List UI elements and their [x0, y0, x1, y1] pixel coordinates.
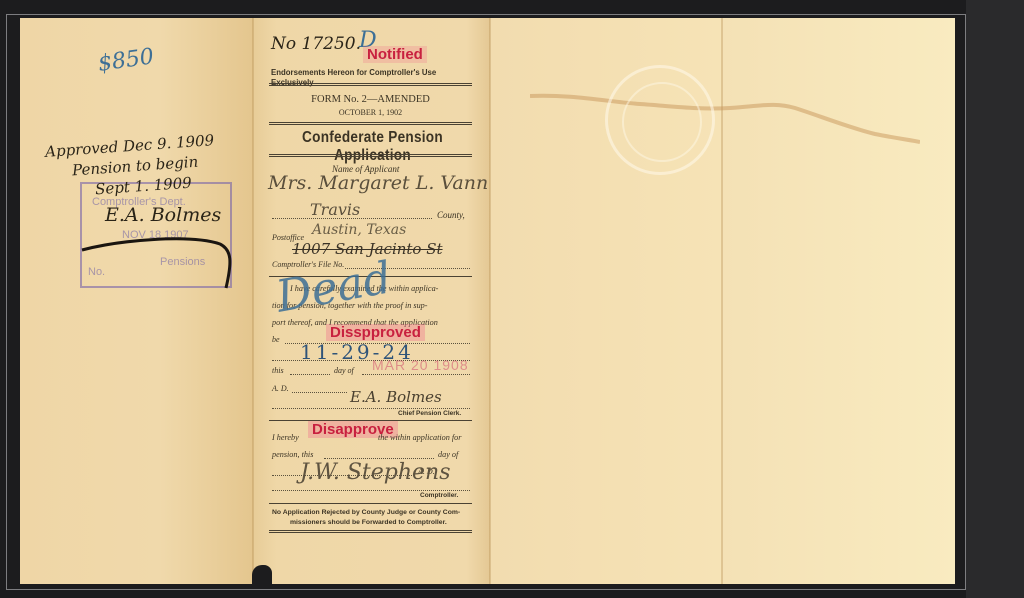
this-label: this: [272, 366, 284, 375]
disapproved-stamp: Disspproved: [326, 324, 425, 341]
pension-this-label: pension, this: [272, 450, 313, 459]
county-value: Travis: [310, 200, 360, 219]
divider: [269, 154, 472, 157]
embossed-seal-icon: [605, 65, 715, 175]
form-title: Confederate Pension Application: [286, 129, 459, 165]
file-number: No 17250.: [271, 34, 361, 54]
day-line: [290, 374, 330, 375]
postoffice-value: Austin, Texas: [312, 222, 406, 238]
clerk-title: Chief Pension Clerk.: [398, 410, 461, 417]
comptroller-statement-end: the within application for: [378, 433, 461, 442]
day-of-label-2: day of: [438, 450, 458, 459]
divider: [269, 530, 472, 533]
notified-stamp: Notified: [363, 46, 427, 63]
signature-flourish: [80, 232, 240, 292]
comptroller-title: Comptroller.: [420, 492, 458, 499]
footer-line-1: No Application Rejected by County Judge …: [272, 509, 460, 516]
signature-line: [272, 408, 470, 409]
day-of-label: day of: [334, 366, 354, 375]
paper-tear: [252, 565, 272, 585]
footer-line-2: missioners should be Forwarded to Comptr…: [290, 519, 447, 526]
comptroller-signature: J.W. Stephens: [300, 460, 451, 485]
left-panel: [20, 18, 253, 584]
form-date: OCTOBER 1, 1902: [269, 108, 472, 117]
background-right: [966, 0, 1024, 598]
fold-line: [252, 18, 254, 584]
comptroller-statement-start: I hereby: [272, 433, 299, 442]
approval-signature: E.A. Bolmes: [105, 204, 221, 226]
water-stain: [530, 88, 920, 148]
date-stamp: MAR 20 1908: [372, 357, 469, 373]
pension-day-line: [324, 458, 434, 459]
county-label: County,: [437, 210, 465, 220]
form-number: FORM No. 2—AMENDED: [269, 94, 472, 105]
divider: [269, 503, 472, 504]
comptroller-line: [272, 490, 470, 491]
applicant-name: Mrs. Margaret L. Vann: [268, 172, 488, 194]
divider: [269, 122, 472, 125]
month-line: [362, 374, 470, 375]
be-label: be: [272, 335, 280, 344]
ad-label: A. D.: [272, 384, 289, 393]
year-line: [292, 392, 347, 393]
divider: [269, 83, 472, 86]
fold-line: [489, 18, 491, 584]
clerk-signature: E.A. Bolmes: [350, 388, 442, 406]
